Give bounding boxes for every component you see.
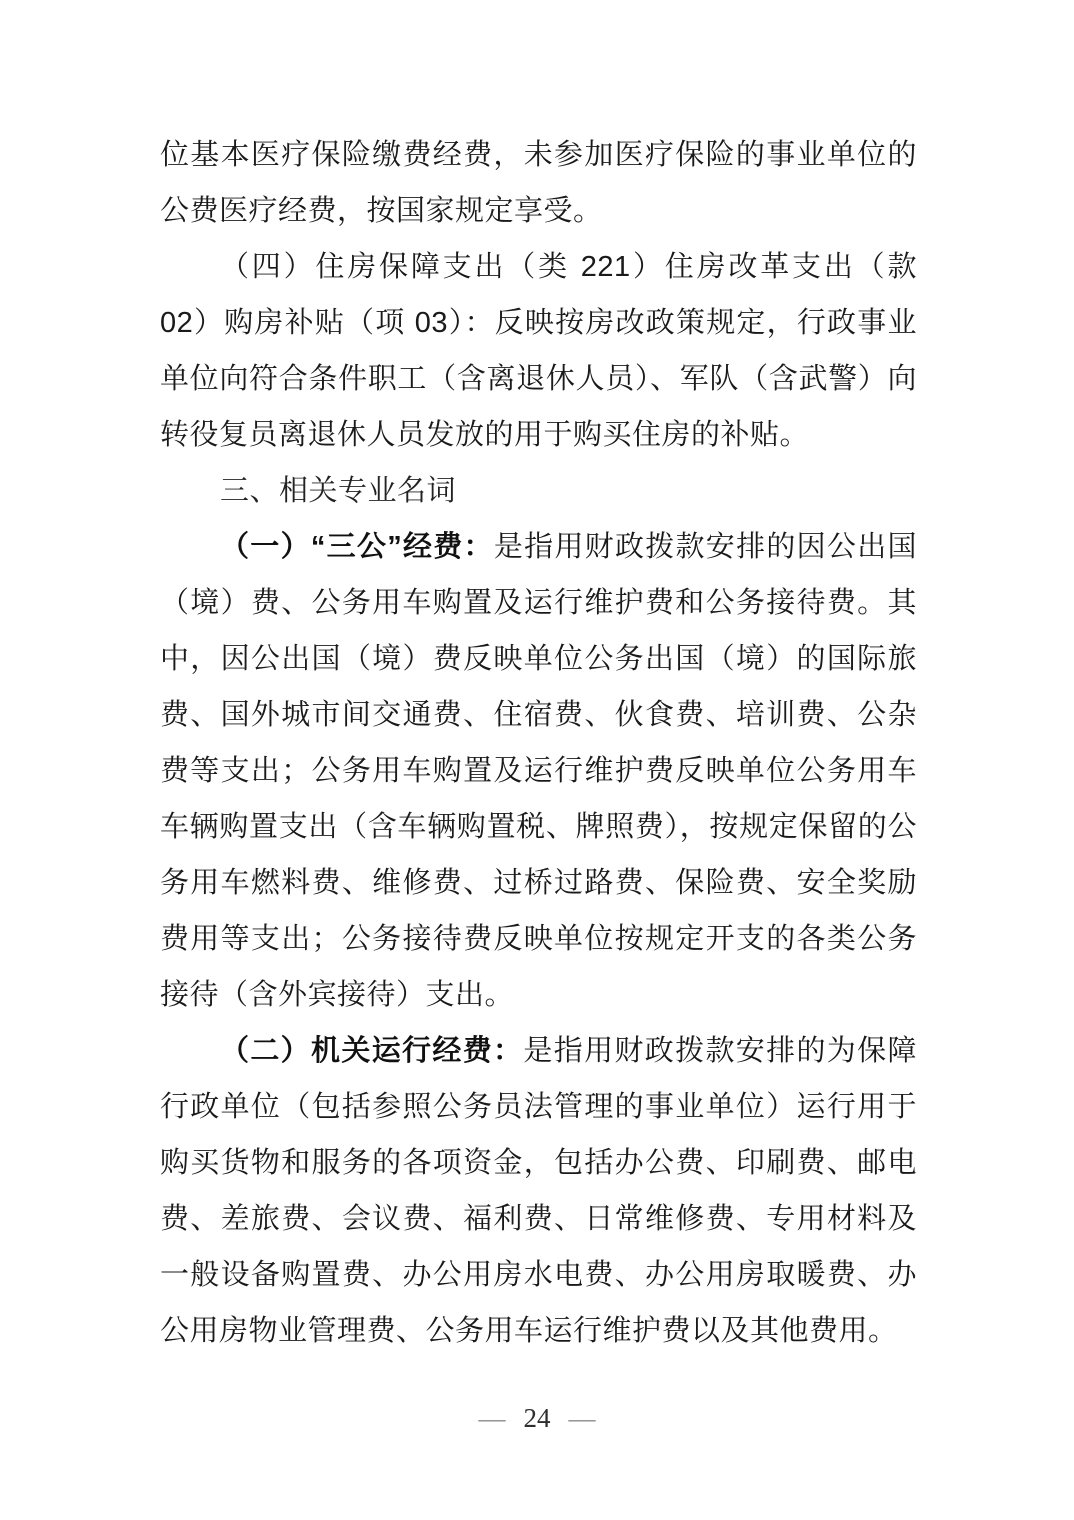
page-footer: —24— xyxy=(0,1398,1074,1438)
document-page: 位基本医疗保险缴费经费，未参加医疗保险的事业单位的公费医疗经费，按国家规定享受。… xyxy=(0,0,1074,1520)
footer-dash-left: — xyxy=(479,1403,506,1433)
term-definition-sangong-funds: 是指用财政拨款安排的因公出国（境）费、公务用车购置及运行维护费和公务接待费。其中… xyxy=(160,531,917,1011)
term-lead-sangong-funds: （一）“三公”经费： xyxy=(220,531,494,563)
page-number: 24 xyxy=(524,1403,551,1433)
paragraph-sangong-funds: （一）“三公”经费：是指用财政拨款安排的因公出国（境）费、公务用车购置及运行维护… xyxy=(160,519,917,1023)
document-body: 位基本医疗保险缴费经费，未参加医疗保险的事业单位的公费医疗经费，按国家规定享受。… xyxy=(160,127,917,1359)
paragraph-agency-operating-funds: （二）机关运行经费：是指用财政拨款安排的为保障行政单位（包括参照公务员法管理的事… xyxy=(160,1023,917,1359)
term-definition-agency-operating-funds: 是指用财政拨款安排的为保障行政单位（包括参照公务员法管理的事业单位）运行用于购买… xyxy=(160,1035,917,1347)
section-heading-related-terms: 三、相关专业名词 xyxy=(160,463,917,519)
paragraph-housing-security-expenditure: （四）住房保障支出（类 221）住房改革支出（款 02）购房补贴（项 03）：反… xyxy=(160,239,917,463)
footer-dash-right: — xyxy=(569,1403,596,1433)
term-lead-agency-operating-funds: （二）机关运行经费： xyxy=(220,1035,523,1067)
paragraph-medical-insurance-continuation: 位基本医疗保险缴费经费，未参加医疗保险的事业单位的公费医疗经费，按国家规定享受。 xyxy=(160,127,917,239)
